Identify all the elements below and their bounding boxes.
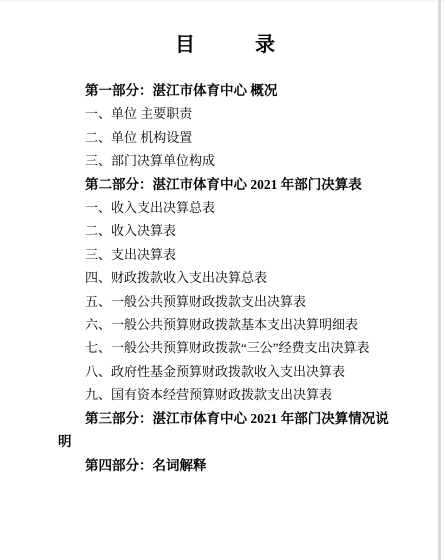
toc-item: 四、财政拨款收入支出决算总表 bbox=[58, 266, 392, 289]
toc-item: 五、一般公共预算财政拨款支出决算表 bbox=[58, 290, 392, 313]
toc-item: 二、单位 机构设置 bbox=[58, 126, 392, 149]
toc-item: 二、收入决算表 bbox=[58, 219, 392, 242]
toc-item: 三、部门决算单位构成 bbox=[58, 149, 392, 172]
toc-section-heading: 第一部分：湛江市体育中心 概况 bbox=[58, 79, 392, 102]
pdf-page-view: 目 录 第一部分：湛江市体育中心 概况一、单位 主要职责二、单位 机构设置三、部… bbox=[0, 0, 446, 560]
toc-item: 三、支出决算表 bbox=[58, 243, 392, 266]
toc-item: 一、单位 主要职责 bbox=[58, 102, 392, 125]
toc-title: 目 录 bbox=[58, 33, 392, 57]
toc-section-heading: 第二部分：湛江市体育中心 2021 年部门决算表 bbox=[58, 173, 392, 196]
page-right-edge bbox=[438, 0, 441, 560]
document-page: 目 录 第一部分：湛江市体育中心 概况一、单位 主要职责二、单位 机构设置三、部… bbox=[58, 0, 392, 477]
toc-section-heading: 第三部分：湛江市体育中心 2021 年部门决算情况说明 bbox=[58, 407, 392, 454]
toc-item: 七、一般公共预算财政拨款“三公”经费支出决算表 bbox=[58, 336, 392, 359]
toc-list: 第一部分：湛江市体育中心 概况一、单位 主要职责二、单位 机构设置三、部门决算单… bbox=[58, 79, 392, 477]
toc-item: 一、收入支出决算总表 bbox=[58, 196, 392, 219]
toc-item: 九、国有资本经营预算财政拨款支出决算表 bbox=[58, 383, 392, 406]
toc-item: 六、一般公共预算财政拨款基本支出决算明细表 bbox=[58, 313, 392, 336]
toc-item: 八、政府性基金预算财政拨款收入支出决算表 bbox=[58, 360, 392, 383]
toc-section-heading: 第四部分：名词解释 bbox=[58, 454, 392, 477]
